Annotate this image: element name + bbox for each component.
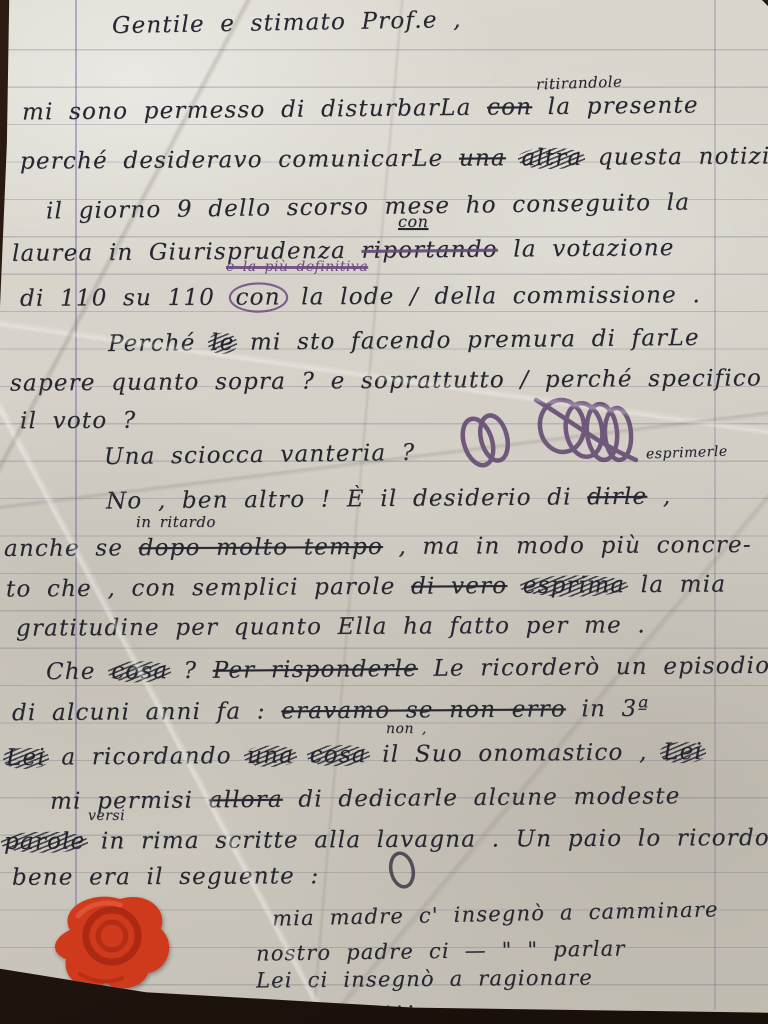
body-line: Lei a ricordando una cosa il Suo onomast… <box>6 739 703 771</box>
body-line: mi sono permesso di disturbarLa con la p… <box>22 92 699 125</box>
body-line: Che cosa ? Per risponderle Le ricorderò … <box>46 653 768 685</box>
body-line: di alcuni anni fa : eravamo se non erro … <box>12 696 650 726</box>
notebook-page: Gentile e stimato Prof.e ,ritirandolemi … <box>0 0 768 1024</box>
struck-purple-note: e la più definitiva <box>226 259 368 275</box>
inserted-word: in ritardo <box>136 513 216 531</box>
body-line: to che , con semplici parole di vero esp… <box>6 571 726 602</box>
verse-line: nostro padre ci — " " parlar <box>256 936 626 965</box>
photo-background: Gentile e stimato Prof.e ,ritirandolemi … <box>0 0 768 1024</box>
body-line: ritirandole <box>536 72 623 93</box>
inserted-word: con <box>398 212 428 231</box>
verse-line: mia madre c' insegnò a camminare <box>272 897 719 930</box>
body-line: il voto ? <box>20 408 137 435</box>
body-line: Una sciocca vanteria ? <box>104 440 416 470</box>
salutation: Gentile e stimato Prof.e , <box>112 7 462 39</box>
body-line: sapere quanto sopra ? e soprattutto / pe… <box>10 365 762 396</box>
body-line: il giorno 9 dello scorso mese ho consegu… <box>46 190 690 225</box>
inserted-word: versi <box>88 808 125 824</box>
inserted-word: non , <box>386 721 427 737</box>
body-line: gratitudine per quanto Ella ha fatto per… <box>16 612 646 641</box>
body-line: perché desideravo comunicarLe una altra … <box>20 143 768 174</box>
body-line: di 110 su 110 con la lode / della commis… <box>20 282 701 312</box>
body-line: parole in rima scritte alla lavagna . Un… <box>4 825 768 855</box>
inserted-word: esprimerle <box>646 444 728 463</box>
dotted-line: ·············· <box>260 994 419 1019</box>
body-line: mi permisi allora di dedicarle alcune mo… <box>50 783 681 815</box>
body-line: anche se dopo molto tempo , ma in modo p… <box>4 532 752 562</box>
verse-line: Lei ci insegnò a ragionare <box>256 966 593 993</box>
body-line: bene era il seguente : <box>12 863 320 891</box>
body-line: No , ben altro ! È il desiderio di dirle… <box>106 484 672 515</box>
handwriting-layer: Gentile e stimato Prof.e ,ritirandolemi … <box>0 0 768 1024</box>
body-line: Perché le mi sto facendo premura di farL… <box>108 325 700 357</box>
